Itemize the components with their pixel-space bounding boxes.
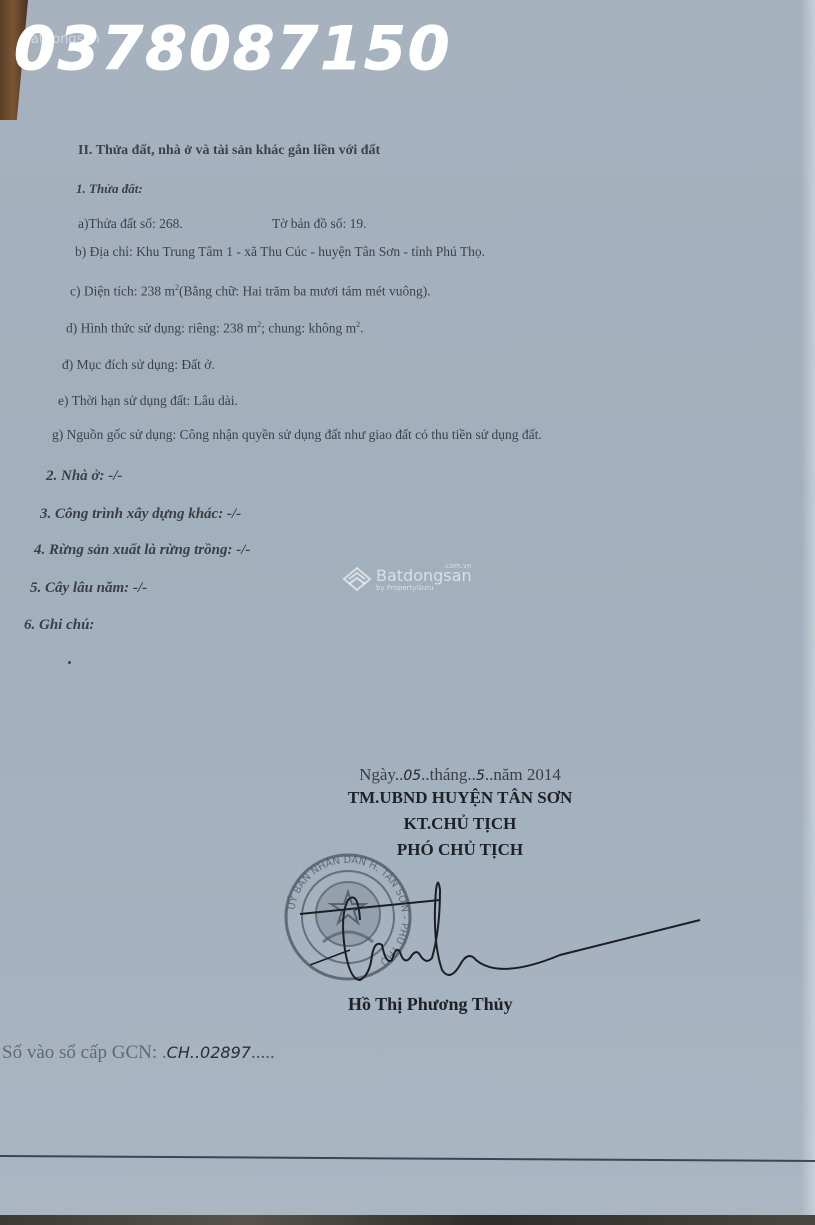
date-prefix: Ngày..: [359, 765, 403, 784]
section-heading: II. Thửa đất, nhà ở và tài sản khác gắn …: [78, 143, 380, 159]
bottom-background: [0, 1215, 815, 1225]
usage-purpose: đ) Mục đích sử dụng: Đất ở.: [62, 357, 215, 373]
parcel-number: a)Thửa đất số: 268.: [78, 216, 183, 232]
usage-shared: ; chung: không m: [261, 321, 356, 336]
perennial-trees-item: 5. Cây lâu năm: -/-: [30, 580, 147, 597]
watermark-brand: Batdongsan: [376, 568, 472, 584]
signer-name: Hồ Thị Phương Thủy: [348, 994, 513, 1015]
issue-date: Ngày..05..tháng..5..năm 2014: [320, 765, 600, 785]
house-item: 2. Nhà ở: -/-: [46, 468, 122, 485]
date-day: 05: [403, 768, 421, 784]
signature-block: Ngày..05..tháng..5..năm 2014 TM.UBND HUY…: [320, 765, 600, 863]
usage-origin: g) Nguồn gốc sử dụng: Công nhận quyền sử…: [52, 427, 542, 443]
certificate-number-line: Số vào sổ cấp GCN: .CH..02897.....: [2, 1042, 275, 1064]
certificate-label: Số vào sổ cấp GCN: .: [2, 1042, 167, 1063]
production-forest-item: 4. Rừng sản xuất là rừng trồng: -/-: [34, 542, 250, 559]
area-suffix: (Bằng chữ: Hai trăm ba mươi tám mét vuôn…: [179, 284, 431, 299]
issuing-authority: TM.UBND HUYỆN TÂN SƠN: [320, 785, 600, 811]
batdongsan-logo-icon: [342, 565, 372, 595]
date-month: 5: [476, 768, 485, 784]
parcel-heading: 1. Thửa đất:: [76, 181, 143, 197]
ink-dot: [68, 661, 71, 664]
phone-watermark: 0378087150: [14, 14, 451, 84]
watermark-domain: .com.vn: [444, 562, 472, 570]
date-month-label: ..tháng..: [421, 765, 476, 784]
date-year: ..năm 2014: [485, 765, 561, 784]
batdongsan-watermark: .com.vn Batdongsan by PropertyGuru: [342, 565, 472, 595]
usage-private: d) Hình thức sử dụng: riêng: 238 m: [66, 321, 257, 336]
notes-item: 6. Ghi chú:: [24, 617, 94, 634]
certificate-number: CH..02897: [167, 1043, 251, 1062]
parcel-address: b) Địa chỉ: Khu Trung Tâm 1 - xã Thu Cúc…: [75, 244, 485, 260]
paper-edge: [801, 0, 815, 1215]
map-sheet-number: Tờ bản đồ số: 19.: [272, 216, 367, 232]
usage-end: .: [360, 321, 363, 336]
usage-term: e) Thời hạn sử dụng đất: Lâu dài.: [58, 393, 238, 409]
usage-form: d) Hình thức sử dụng: riêng: 238 m2; chu…: [66, 320, 364, 337]
certificate-trailing: .....: [251, 1042, 275, 1063]
area-prefix: c) Diện tích: 238 m: [70, 284, 175, 299]
handwritten-signature: [300, 870, 710, 1000]
on-behalf-title: KT.CHỦ TỊCH: [320, 811, 600, 837]
parcel-area: c) Diện tích: 238 m2(Bằng chữ: Hai trăm …: [70, 283, 431, 300]
watermark-sub: by PropertyGuru: [376, 584, 472, 592]
other-construction-item: 3. Công trình xây dựng khác: -/-: [40, 506, 241, 523]
